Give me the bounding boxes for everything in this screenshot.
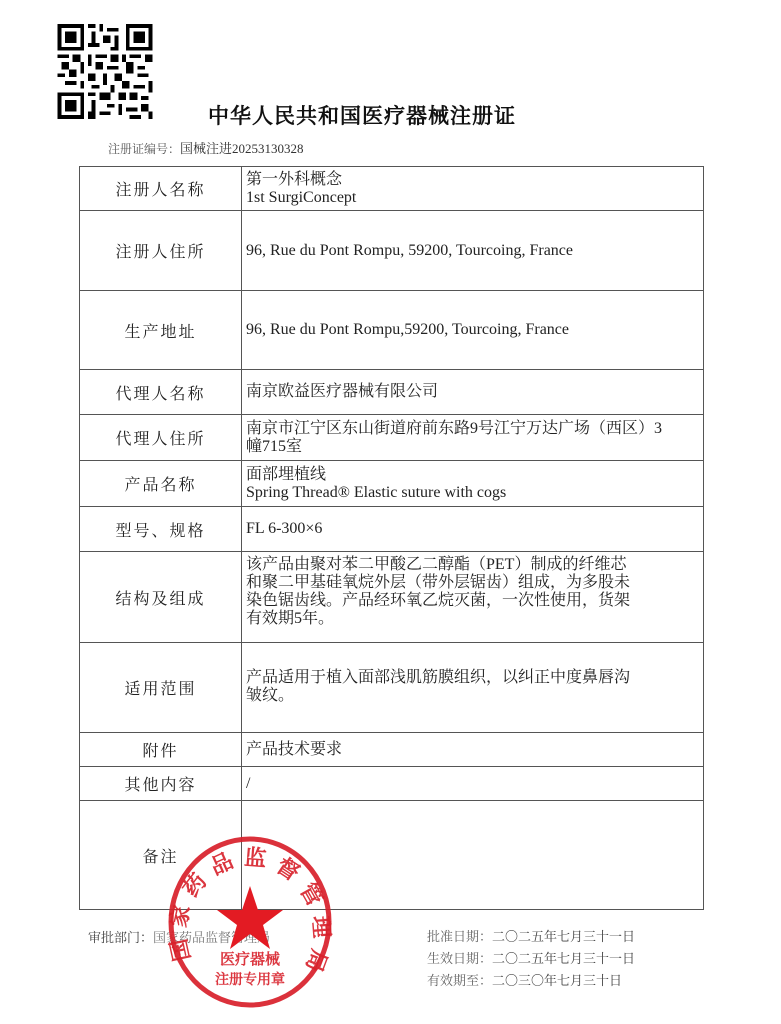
row-value: 96, Rue du Pont Rompu, 59200, Tourcoing,… — [242, 211, 704, 291]
row-value: 该产品由聚对苯二甲酸乙二醇酯（PET）制成的纤维芯 和聚二甲基硅氧烷外层（带外层… — [242, 552, 704, 643]
row-value: 96, Rue du Pont Rompu,59200, Tourcoing, … — [242, 291, 704, 370]
row-value: 面部埋植线 Spring Thread® Elastic suture with… — [242, 461, 704, 507]
approval-date-value: 二〇二五年七月三十一日 — [492, 929, 635, 944]
product-name-cn: 面部埋植线 — [246, 466, 697, 484]
registrant-name-en: 1st SurgiConcept — [246, 189, 697, 207]
row-label: 代理人住所 — [80, 415, 242, 461]
structure-line-4: 有效期5年。 — [246, 610, 697, 628]
row-value: 产品适用于植入面部浅肌筋膜组织，以纠正中度鼻唇沟 皱纹。 — [242, 643, 704, 733]
effective-date-label: 生效日期： — [427, 951, 492, 966]
dates-block: 批准日期：二〇二五年七月三十一日 生效日期：二〇二五年七月三十一日 有效期至：二… — [427, 926, 635, 992]
registrant-name-cn: 第一外科概念 — [246, 171, 697, 189]
scope-line-1: 产品适用于植入面部浅肌筋膜组织，以纠正中度鼻唇沟 — [246, 669, 697, 687]
table-row-model-spec: 型号、规格 FL 6-300×6 — [80, 507, 704, 552]
product-name-en: Spring Thread® Elastic suture with cogs — [246, 484, 697, 502]
row-label: 产品名称 — [80, 461, 242, 507]
table-row-other: 其他内容 / — [80, 767, 704, 801]
table-row-scope: 适用范围 产品适用于植入面部浅肌筋膜组织，以纠正中度鼻唇沟 皱纹。 — [80, 643, 704, 733]
table-row-production-address: 生产地址 96, Rue du Pont Rompu,59200, Tourco… — [80, 291, 704, 370]
row-value: 南京欧益医疗器械有限公司 — [242, 370, 704, 415]
row-label: 型号、规格 — [80, 507, 242, 552]
qr-code — [57, 24, 153, 119]
row-label: 代理人名称 — [80, 370, 242, 415]
structure-line-2: 和聚二甲基硅氧烷外层（带外层锯齿）组成，为多股未 — [246, 574, 697, 592]
table-row-registrant-name: 注册人名称 第一外科概念 1st SurgiConcept — [80, 167, 704, 211]
table-row-product-name: 产品名称 面部埋植线 Spring Thread® Elastic suture… — [80, 461, 704, 507]
row-value — [242, 801, 704, 910]
approval-date: 批准日期：二〇二五年七月三十一日 — [427, 926, 635, 948]
effective-date-value: 二〇二五年七月三十一日 — [492, 951, 635, 966]
row-label: 其他内容 — [80, 767, 242, 801]
approval-department-label: 审批部门： — [88, 930, 153, 945]
table-row-agent-name: 代理人名称 南京欧益医疗器械有限公司 — [80, 370, 704, 415]
table-row-structure: 结构及组成 该产品由聚对苯二甲酸乙二醇酯（PET）制成的纤维芯 和聚二甲基硅氧烷… — [80, 552, 704, 643]
valid-until: 有效期至：二〇三〇年七月三十日 — [427, 970, 635, 992]
structure-line-3: 染色锯齿线。产品经环氧乙烷灭菌，一次性使用，货架 — [246, 592, 697, 610]
registration-number: 注册证编号：国械注进20253130328 — [108, 138, 304, 157]
approval-date-label: 批准日期： — [427, 929, 492, 944]
document-title: 中华人民共和国医疗器械注册证 — [208, 100, 568, 130]
table-row-attachment: 附件 产品技术要求 — [80, 733, 704, 767]
row-value: FL 6-300×6 — [242, 507, 704, 552]
table-row-remarks: 备注 — [80, 801, 704, 910]
registration-number-value: 国械注进20253130328 — [180, 141, 304, 156]
row-label: 适用范围 — [80, 643, 242, 733]
row-label: 附件 — [80, 733, 242, 767]
approval-department-value: 国家药品监督管理局 — [153, 930, 270, 945]
approval-department: 审批部门：国家药品监督管理局 — [88, 927, 270, 946]
certificate-table: 注册人名称 第一外科概念 1st SurgiConcept 注册人住所 96, … — [79, 166, 704, 910]
row-label: 生产地址 — [80, 291, 242, 370]
registration-number-label: 注册证编号： — [108, 142, 180, 156]
seal-inner-line-1: 医疗器械 — [220, 950, 281, 968]
table-row-agent-address: 代理人住所 南京市江宁区东山街道府前东路9号江宁万达广场（西区）3 幢715室 — [80, 415, 704, 461]
row-label: 注册人住所 — [80, 211, 242, 291]
row-value: 第一外科概念 1st SurgiConcept — [242, 167, 704, 211]
agent-address-line-2: 幢715室 — [246, 438, 697, 456]
scope-line-2: 皱纹。 — [246, 687, 697, 705]
structure-line-1: 该产品由聚对苯二甲酸乙二醇酯（PET）制成的纤维芯 — [246, 556, 697, 574]
row-label: 结构及组成 — [80, 552, 242, 643]
row-label: 注册人名称 — [80, 167, 242, 211]
valid-until-value: 二〇三〇年七月三十日 — [492, 973, 622, 988]
table-row-registrant-address: 注册人住所 96, Rue du Pont Rompu, 59200, Tour… — [80, 211, 704, 291]
agent-address-line-1: 南京市江宁区东山街道府前东路9号江宁万达广场（西区）3 — [246, 420, 697, 438]
valid-until-label: 有效期至： — [427, 973, 492, 988]
row-label: 备注 — [80, 801, 242, 910]
row-value: 南京市江宁区东山街道府前东路9号江宁万达广场（西区）3 幢715室 — [242, 415, 704, 461]
row-value: / — [242, 767, 704, 801]
row-value: 产品技术要求 — [242, 733, 704, 767]
effective-date: 生效日期：二〇二五年七月三十一日 — [427, 948, 635, 970]
seal-inner-line-2: 注册专用章 — [215, 971, 285, 988]
